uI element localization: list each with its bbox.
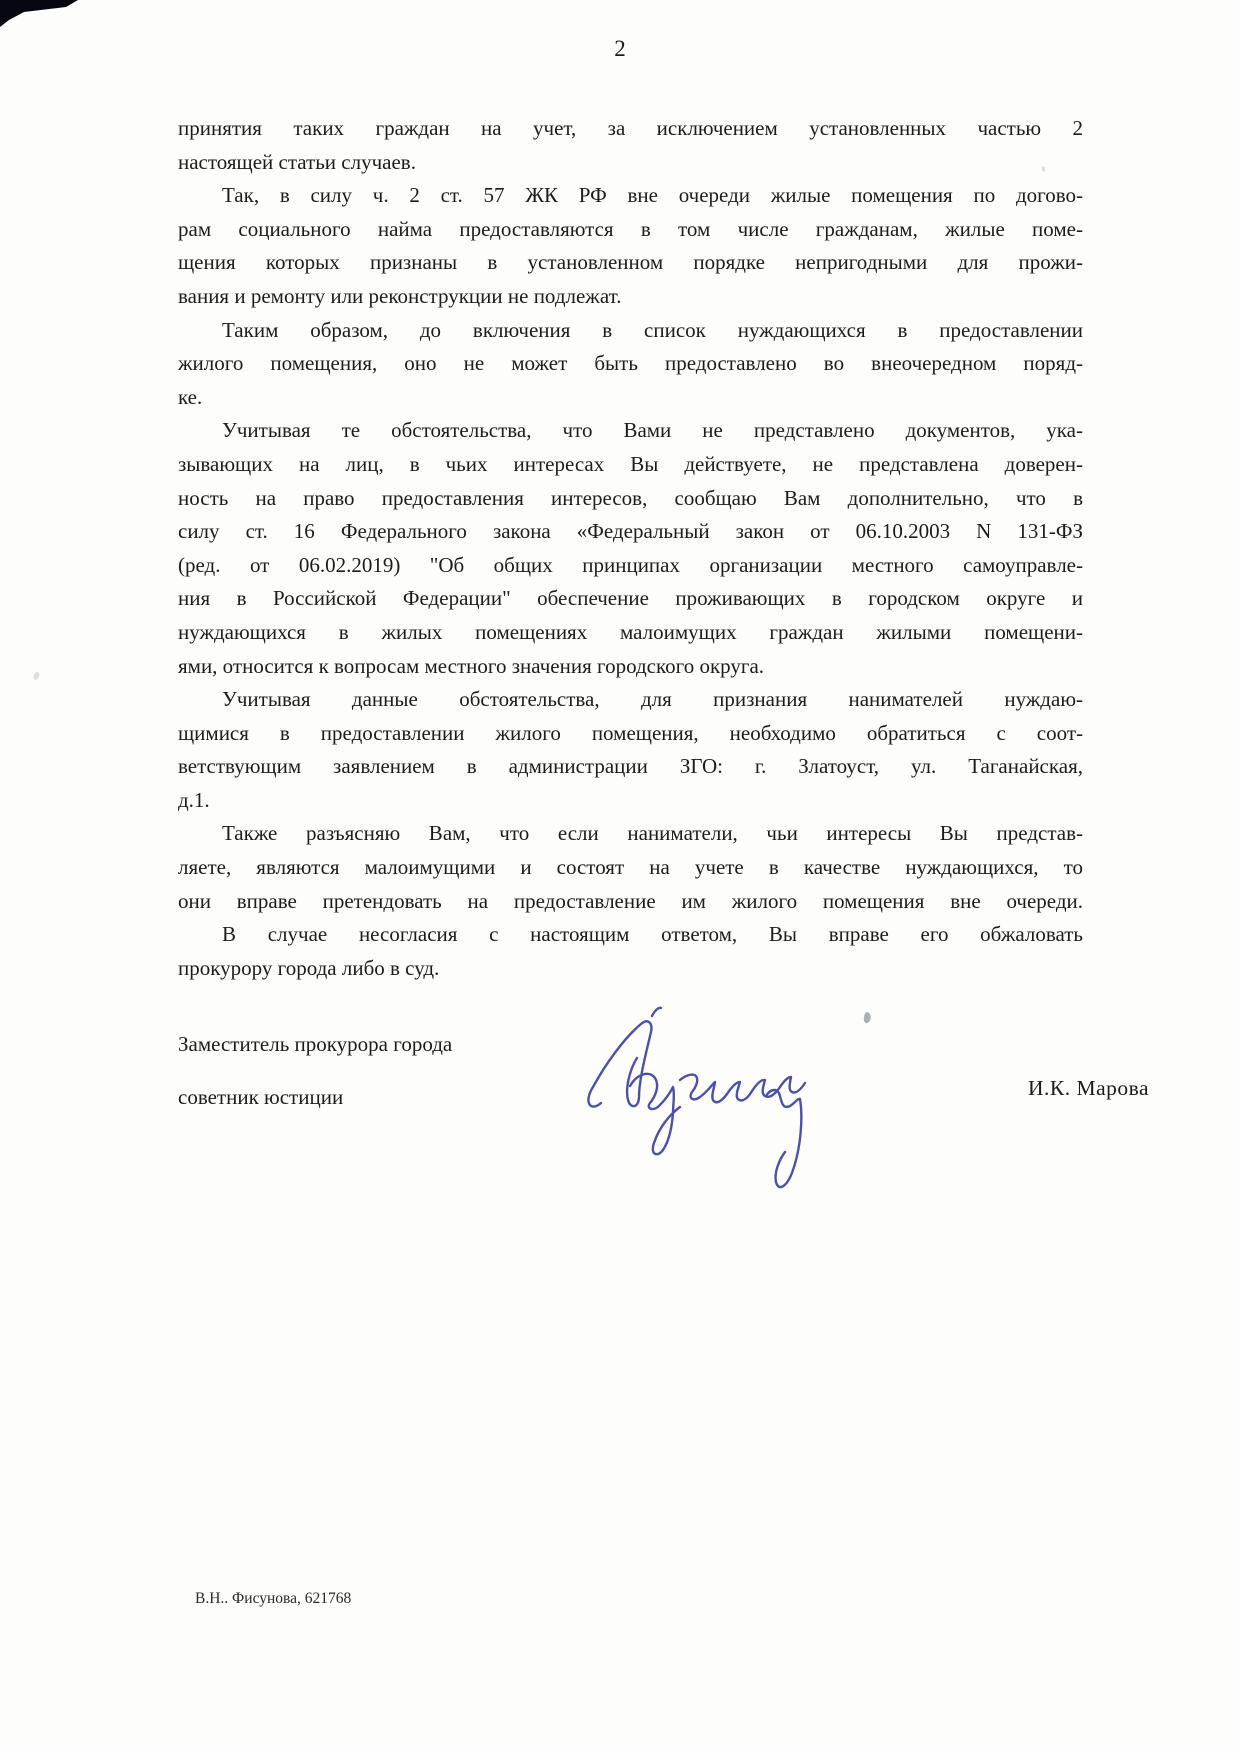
text-line: ния в Российской Федерации" обеспечение … bbox=[178, 582, 1083, 616]
text-line: настоящей статьи случаев. bbox=[178, 146, 1083, 180]
text-line: принятия таких граждан на учет, за исклю… bbox=[178, 112, 1083, 146]
text-line: ветствующим заявлением в администрации З… bbox=[178, 750, 1083, 784]
text-line: нуждающихся в жилых помещениях малоимущи… bbox=[178, 616, 1083, 650]
scan-speck bbox=[33, 671, 40, 680]
ink-speck bbox=[864, 1012, 871, 1023]
text-line: Также разъясняю Вам, что если наниматели… bbox=[178, 817, 1083, 851]
text-line: Таким образом, до включения в список нуж… bbox=[178, 314, 1083, 348]
signer-name: И.К. Марова bbox=[1028, 1076, 1149, 1101]
text-line: жилого помещения, оно не может быть пред… bbox=[178, 347, 1083, 381]
signer-position-line2: советник юстиции bbox=[178, 1085, 343, 1110]
text-line: зывающих на лиц, в чьих интересах Вы дей… bbox=[178, 448, 1083, 482]
text-line: Учитывая данные обстоятельства, для приз… bbox=[178, 683, 1083, 717]
text-line: ность на право предоставления интересов,… bbox=[178, 482, 1083, 516]
document-body: принятия таких граждан на учет, за исклю… bbox=[178, 112, 1083, 985]
text-line: рам социального найма предоставляются в … bbox=[178, 213, 1083, 247]
text-line: В случае несогласия с настоящим ответом,… bbox=[178, 918, 1083, 952]
text-line: ями, относится к вопросам местного значе… bbox=[178, 650, 1083, 684]
text-line: (ред. от 06.02.2019) "Об общих принципах… bbox=[178, 549, 1083, 583]
text-line: щения которых признаны в установленном п… bbox=[178, 246, 1083, 280]
text-line: вания и ремонту или реконструкции не под… bbox=[178, 280, 1083, 314]
page-number: 2 bbox=[0, 36, 1240, 62]
signer-position-line1: Заместитель прокурора города bbox=[178, 1032, 452, 1057]
scanned-document-page: 2 принятия таких граждан на учет, за иск… bbox=[0, 0, 1240, 1753]
text-line: они вправе претендовать на предоставлени… bbox=[178, 885, 1083, 919]
scan-corner-artifact bbox=[0, 0, 80, 28]
text-line: ляете, являются малоимущими и состоят на… bbox=[178, 851, 1083, 885]
text-line: Так, в силу ч. 2 ст. 57 ЖК РФ вне очеред… bbox=[178, 179, 1083, 213]
text-line: прокурору города либо в суд. bbox=[178, 952, 1083, 986]
text-line: д.1. bbox=[178, 784, 1083, 818]
text-line: щимися в предоставлении жилого помещения… bbox=[178, 717, 1083, 751]
text-line: ке. bbox=[178, 381, 1083, 415]
text-line: силу ст. 16 Федерального закона «Федерал… bbox=[178, 515, 1083, 549]
text-line: Учитывая те обстоятельства, что Вами не … bbox=[178, 414, 1083, 448]
executor-note: В.Н.. Фисунова, 621768 bbox=[195, 1590, 351, 1608]
